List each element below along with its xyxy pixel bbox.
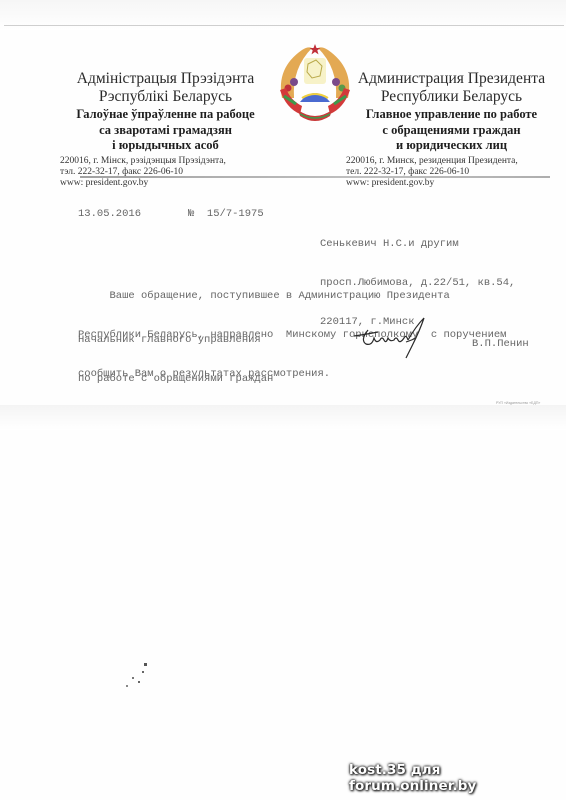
number-sign: № [188, 208, 194, 220]
dept-name-ru-3: и юридических лиц [344, 139, 559, 153]
contacts-by: 220016, г. Мінск, рэзідэнцыя Прэзідэнта,… [58, 156, 273, 189]
website-ru: www: president.gov.by [346, 178, 559, 189]
recipient-name: Сенькевич Н.С.и другим [320, 238, 515, 251]
dept-name-ru-1: Главное управление по работе [344, 108, 559, 122]
scanned-letter-page: Адміністрацыя Прэзідэнта Рэспублікі Бела… [0, 0, 566, 800]
website-by: www: president.gov.by [60, 178, 273, 189]
dept-name-ru-2: с обращениями граждан [344, 124, 559, 138]
signer-name: В.П.Пенин [472, 338, 529, 351]
dept-name-by-2: са зваротамі грамадзян [58, 124, 273, 138]
address-ru: 220016, г. Минск, резиденция Президента, [346, 156, 559, 167]
forum-watermark: kost.35 для forum.onliner.by [349, 762, 566, 794]
signer-title-line-1: Начальник главного управления [78, 334, 273, 347]
org-name-ru-2: Республики Беларусь [344, 88, 559, 106]
letterhead-russian: Администрация Президента Республики Бела… [344, 70, 559, 189]
org-name-by-2: Рэспублікі Беларусь [58, 88, 273, 106]
letter-date: 13.05.2016 [78, 208, 141, 221]
org-name-ru-1: Администрация Президента [344, 70, 559, 88]
letterhead-divider [80, 176, 550, 178]
signer-title-line-2: по работе с обращениями граждан [78, 373, 273, 386]
registration-number-value: 15/7-1975 [207, 208, 264, 220]
letterhead-belarusian: Адміністрацыя Прэзідэнта Рэспублікі Бела… [58, 70, 273, 189]
registration-number: № 15/7-1975 [188, 208, 264, 221]
body-line-1: Ваше обращение, поступившее в Администра… [78, 290, 506, 303]
dust-specks [118, 655, 158, 695]
address-by: 220016, г. Мінск, рэзідэнцыя Прэзідэнта, [60, 156, 273, 167]
dept-name-by-1: Галоўнае ўпраўленне па рабоце [58, 108, 273, 122]
paper-edge-line [4, 25, 564, 26]
scan-shadow-fold [0, 405, 566, 430]
handwritten-signature-icon [350, 310, 430, 362]
dept-name-by-3: і юрыдычных асоб [58, 139, 273, 153]
contacts-ru: 220016, г. Минск, резиденция Президента,… [344, 156, 559, 189]
org-name-by-1: Адміністрацыя Прэзідэнта [58, 70, 273, 88]
